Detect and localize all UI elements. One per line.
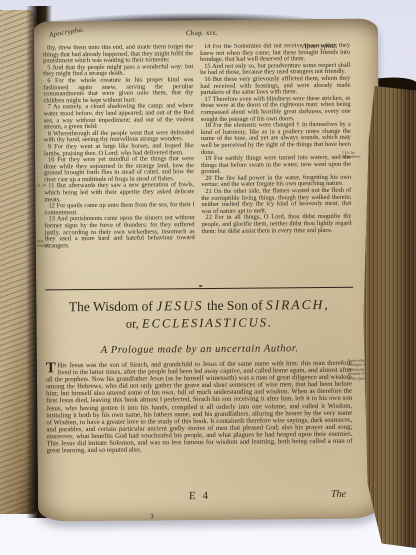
page: Apocrypha. Chap. xix. Apocrypha. thy, dr…: [34, 19, 382, 522]
verse-columns: thy, drew them unto this end, and made t…: [43, 43, 353, 287]
column-right: 14 For the Sodomites did not receive tho…: [200, 43, 352, 285]
margin-note-right: † Gr. by themselves.: [342, 151, 372, 160]
running-head-left: Apocrypha.: [49, 25, 85, 39]
book-photo: Apocrypha. Chap. xix. Apocrypha. thy, dr…: [0, 0, 416, 555]
signature-row: E 4 The: [47, 489, 353, 506]
title-text: The Wisdom of: [69, 298, 156, 314]
verse: 13 And punishments came upon the sinners…: [45, 216, 195, 250]
column-left: thy, drew them unto this end, and made t…: [43, 44, 195, 286]
title-sirach: SIRACH,: [266, 297, 330, 313]
drop-cap: T: [46, 362, 58, 375]
verse: 10 For they were yet mindful of the thin…: [44, 156, 194, 184]
catchword: The: [331, 489, 346, 500]
title-jesus: JESUS: [156, 298, 204, 313]
verse: 22 For in all things, O Lord, thou didst…: [202, 214, 352, 235]
verse: 19 For earthly things were turned into w…: [201, 155, 351, 176]
prologue-text: His Jesus was the son of Sirach, and gra…: [46, 360, 353, 455]
title-text: or,: [126, 317, 142, 331]
margin-note-left-2: ‖ Or, request.: [37, 239, 50, 253]
section-title-line1: The Wisdom of JESUS the Son of SIRACH,: [40, 297, 358, 316]
verse: 11 But afterwards they saw a new generat…: [44, 183, 194, 204]
verse: 6 For the whole creature in his proper k…: [43, 77, 193, 105]
verse: 17 Therefore even with blindness were th…: [200, 95, 350, 123]
title-ecclesiasticus: ECCLESIASTICUS.: [142, 315, 273, 330]
prologue-heading: A Prologue made by an uncertain Author.: [41, 343, 359, 357]
verse: 18 For the elements were changed † in th…: [201, 122, 351, 156]
verse: 21 On the other side, the flames wasted …: [201, 188, 351, 216]
signature-mark: E 4: [189, 490, 210, 502]
margin-note-left-1: ch. 16.: [36, 183, 49, 188]
prologue-paragraph: THis Jesus was the son of Sirach, and gr…: [46, 360, 353, 495]
verse: 14 For the Sodomites did not receive tho…: [200, 43, 350, 64]
verse: 16 But these very grievously afflicted t…: [200, 76, 350, 97]
section-title: The Wisdom of JESUS the Son of SIRACH, o…: [40, 297, 358, 333]
title-text: the Son of: [204, 297, 266, 313]
verse: 7 As namely, a cloud shadowing the camp;…: [44, 103, 194, 131]
section-title-line2: or, ECCLESIASTICUS.: [40, 315, 358, 333]
running-head-center: Chap. xix.: [186, 29, 218, 37]
press-figure: 3: [150, 512, 154, 520]
verse: thy, drew them unto this end, and made t…: [43, 44, 193, 65]
section-rule: [45, 287, 353, 291]
